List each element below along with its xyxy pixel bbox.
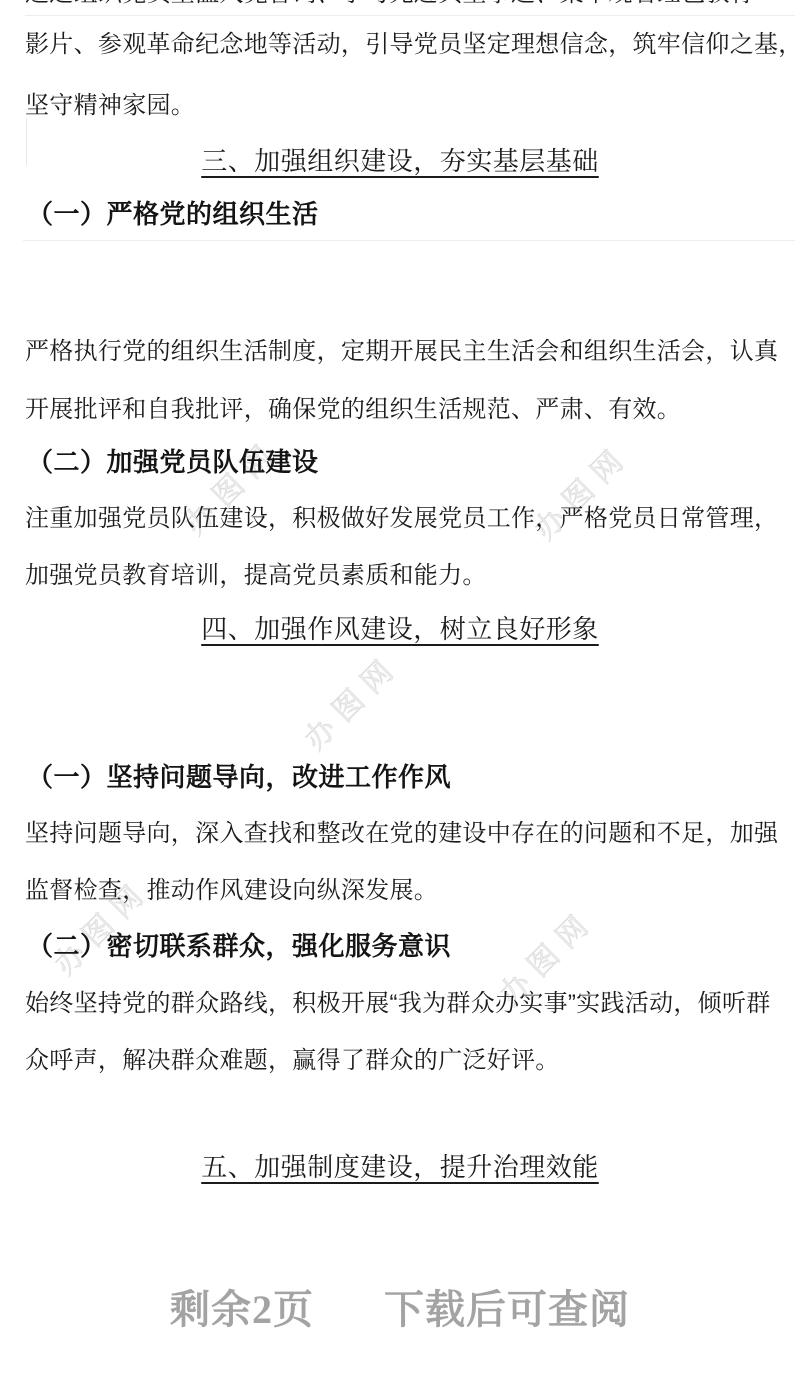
subheading-strict-org-life: （一）严格党的组织生活	[27, 199, 319, 229]
subheading-mass-contact: （二）密切联系群众，强化服务意识	[27, 931, 451, 961]
paragraph-line: 注重加强党员队伍建设，积极做好发展党员工作，严格党员日常管理，	[25, 505, 778, 533]
download-hint-text: 下载后可查阅	[384, 1288, 630, 1332]
document-page: 通过组织党员重温入党誓词、学习先进典型事迹、集中观看红色教育 办图网 办图网 办…	[0, 0, 800, 1391]
remaining-pages-notice: 剩余2页 下载后可查阅	[0, 1288, 800, 1332]
site-watermark: 办图网	[292, 642, 408, 758]
faint-separator-line	[23, 240, 795, 241]
section-heading-four: 四、加强作风建设，树立良好形象	[0, 614, 800, 644]
paragraph-line: 始终坚持党的群众路线，积极开展“我为群众办实事”实践活动，倾听群	[25, 990, 771, 1018]
subheading-problem-oriented: （一）坚持问题导向，改进工作作风	[27, 762, 451, 792]
pages-left-text: 剩余2页	[170, 1288, 314, 1332]
section-heading-three: 三、加强组织建设，夯实基层基础	[0, 146, 800, 176]
truncated-line-text: 通过组织党员重温入党誓词、学习先进典型事迹、集中观看红色教育	[25, 0, 795, 6]
paragraph-line: 影片、参观革命纪念地等活动，引导党员坚定理想信念，筑牢信仰之基，	[25, 31, 800, 59]
truncated-line: 通过组织党员重温入党誓词、学习先进典型事迹、集中观看红色教育	[25, 0, 795, 7]
paragraph-line: 开展批评和自我批评，确保党的组织生活规范、严肃、有效。	[25, 396, 681, 424]
paragraph-line: 坚守精神家园。	[25, 92, 195, 120]
section-heading-five: 五、加强制度建设，提升治理效能	[0, 1152, 800, 1182]
paragraph-line: 坚持问题导向，深入查找和整改在党的建设中存在的问题和不足，加强	[25, 820, 778, 848]
paragraph-line: 严格执行党的组织生活制度，定期开展民主生活会和组织生活会，认真	[25, 338, 778, 366]
paragraph-line: 众呼声，解决群众难题，赢得了群众的广泛好评。	[25, 1047, 560, 1075]
paragraph-line: 监督检查，推动作风建设向纵深发展。	[25, 877, 438, 905]
faint-separator-line	[25, 15, 795, 16]
subheading-member-team: （二）加强党员队伍建设	[27, 447, 319, 477]
paragraph-line: 加强党员教育培训，提高党员素质和能力。	[25, 562, 487, 590]
